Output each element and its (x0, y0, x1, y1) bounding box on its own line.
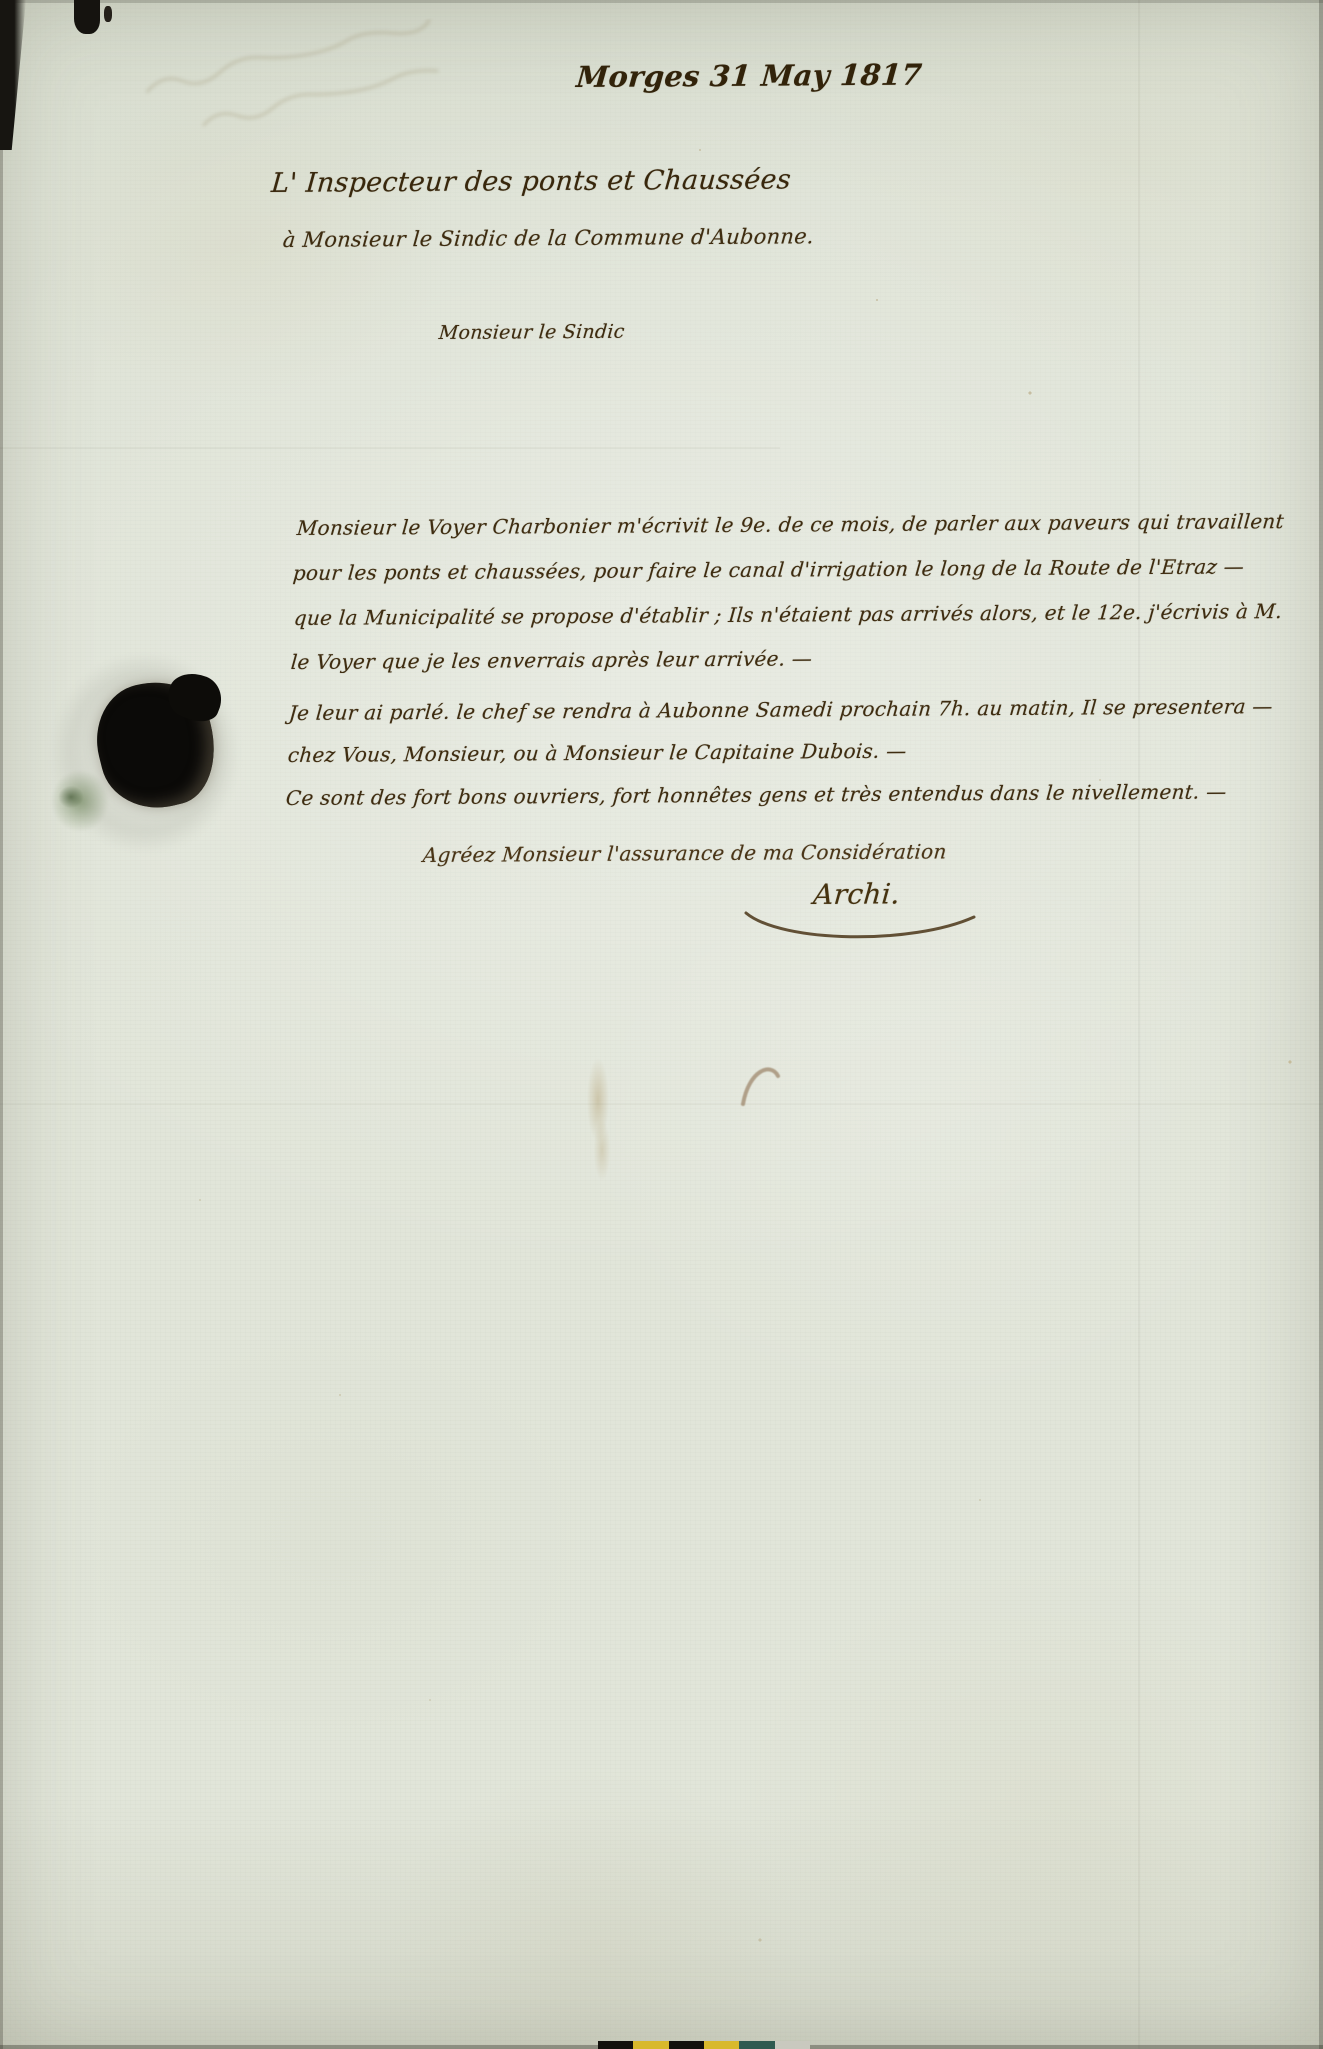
letter-sender-line: L' Inspecteur des ponts et Chaussées (270, 164, 792, 199)
scan-edge-left (0, 0, 3, 2049)
letter-salutation: Monsieur le Sindic (438, 321, 626, 344)
scan-edge-right (1319, 0, 1323, 2049)
body-paragraph1-line1: Monsieur le Voyer Charbonier m'écrivit l… (296, 509, 1285, 540)
bleed-through-ghost-writing (135, 2, 575, 164)
paper-hole-tear (40, 640, 250, 865)
scan-edge-top (0, 0, 1323, 3)
body-paragraph2-line2: chez Vous, Monsieur, ou à Monsieur le Ca… (287, 739, 908, 767)
letter-recipient-line: à Monsieur le Sindic de la Commune d'Aub… (282, 224, 815, 252)
letter-dateline: Morges 31 May 1817 (575, 58, 923, 94)
green-stain (40, 758, 120, 844)
calibration-segment (633, 2041, 668, 2049)
horizontal-fold-crease-middle (0, 1103, 1323, 1105)
body-paragraph1-line4: le Voyer que je les enverrais après leur… (290, 646, 813, 674)
green-stain-core (54, 782, 88, 812)
curved-brown-stain (733, 1056, 785, 1114)
scanned-letter-page: Morges 31 May 1817 L' Inspecteur des pon… (0, 0, 1323, 2049)
hole-dark-void (84, 670, 227, 820)
body-paragraph1-line2: pour les ponts et chaussées, pour faire … (292, 554, 1245, 585)
body-paragraph2-line1: Je leur ai parlé. le chef se rendra à Au… (288, 694, 1274, 725)
edge-ink-mark-small (104, 6, 112, 22)
horizontal-fold-crease-upper (0, 447, 780, 449)
vertical-fold-crease (1138, 0, 1140, 2049)
letter-signature: Archi. (812, 877, 901, 911)
body-paragraph1-line3: que la Municipalité se propose d'établir… (293, 599, 1283, 630)
calibration-segment (739, 2041, 774, 2049)
paper-stain-specks (0, 0, 1323, 2049)
calibration-segment (598, 2041, 633, 2049)
body-paragraph3-line1: Ce sont des fort bons ouvriers, fort hon… (285, 779, 1228, 810)
paper-mottling-texture (0, 0, 1323, 2049)
edge-ink-mark (74, 0, 100, 34)
letter-closing: Agréez Monsieur l'assurance de ma Consid… (422, 839, 948, 867)
calibration-segment (775, 2041, 810, 2049)
dark-corner-shadow (0, 0, 26, 150)
hole-dark-void-extension (161, 666, 228, 729)
color-calibration-strip (598, 2041, 810, 2049)
hole-fiber-halo (30, 630, 260, 875)
calibration-segment (704, 2041, 739, 2049)
calibration-segment (669, 2041, 704, 2049)
